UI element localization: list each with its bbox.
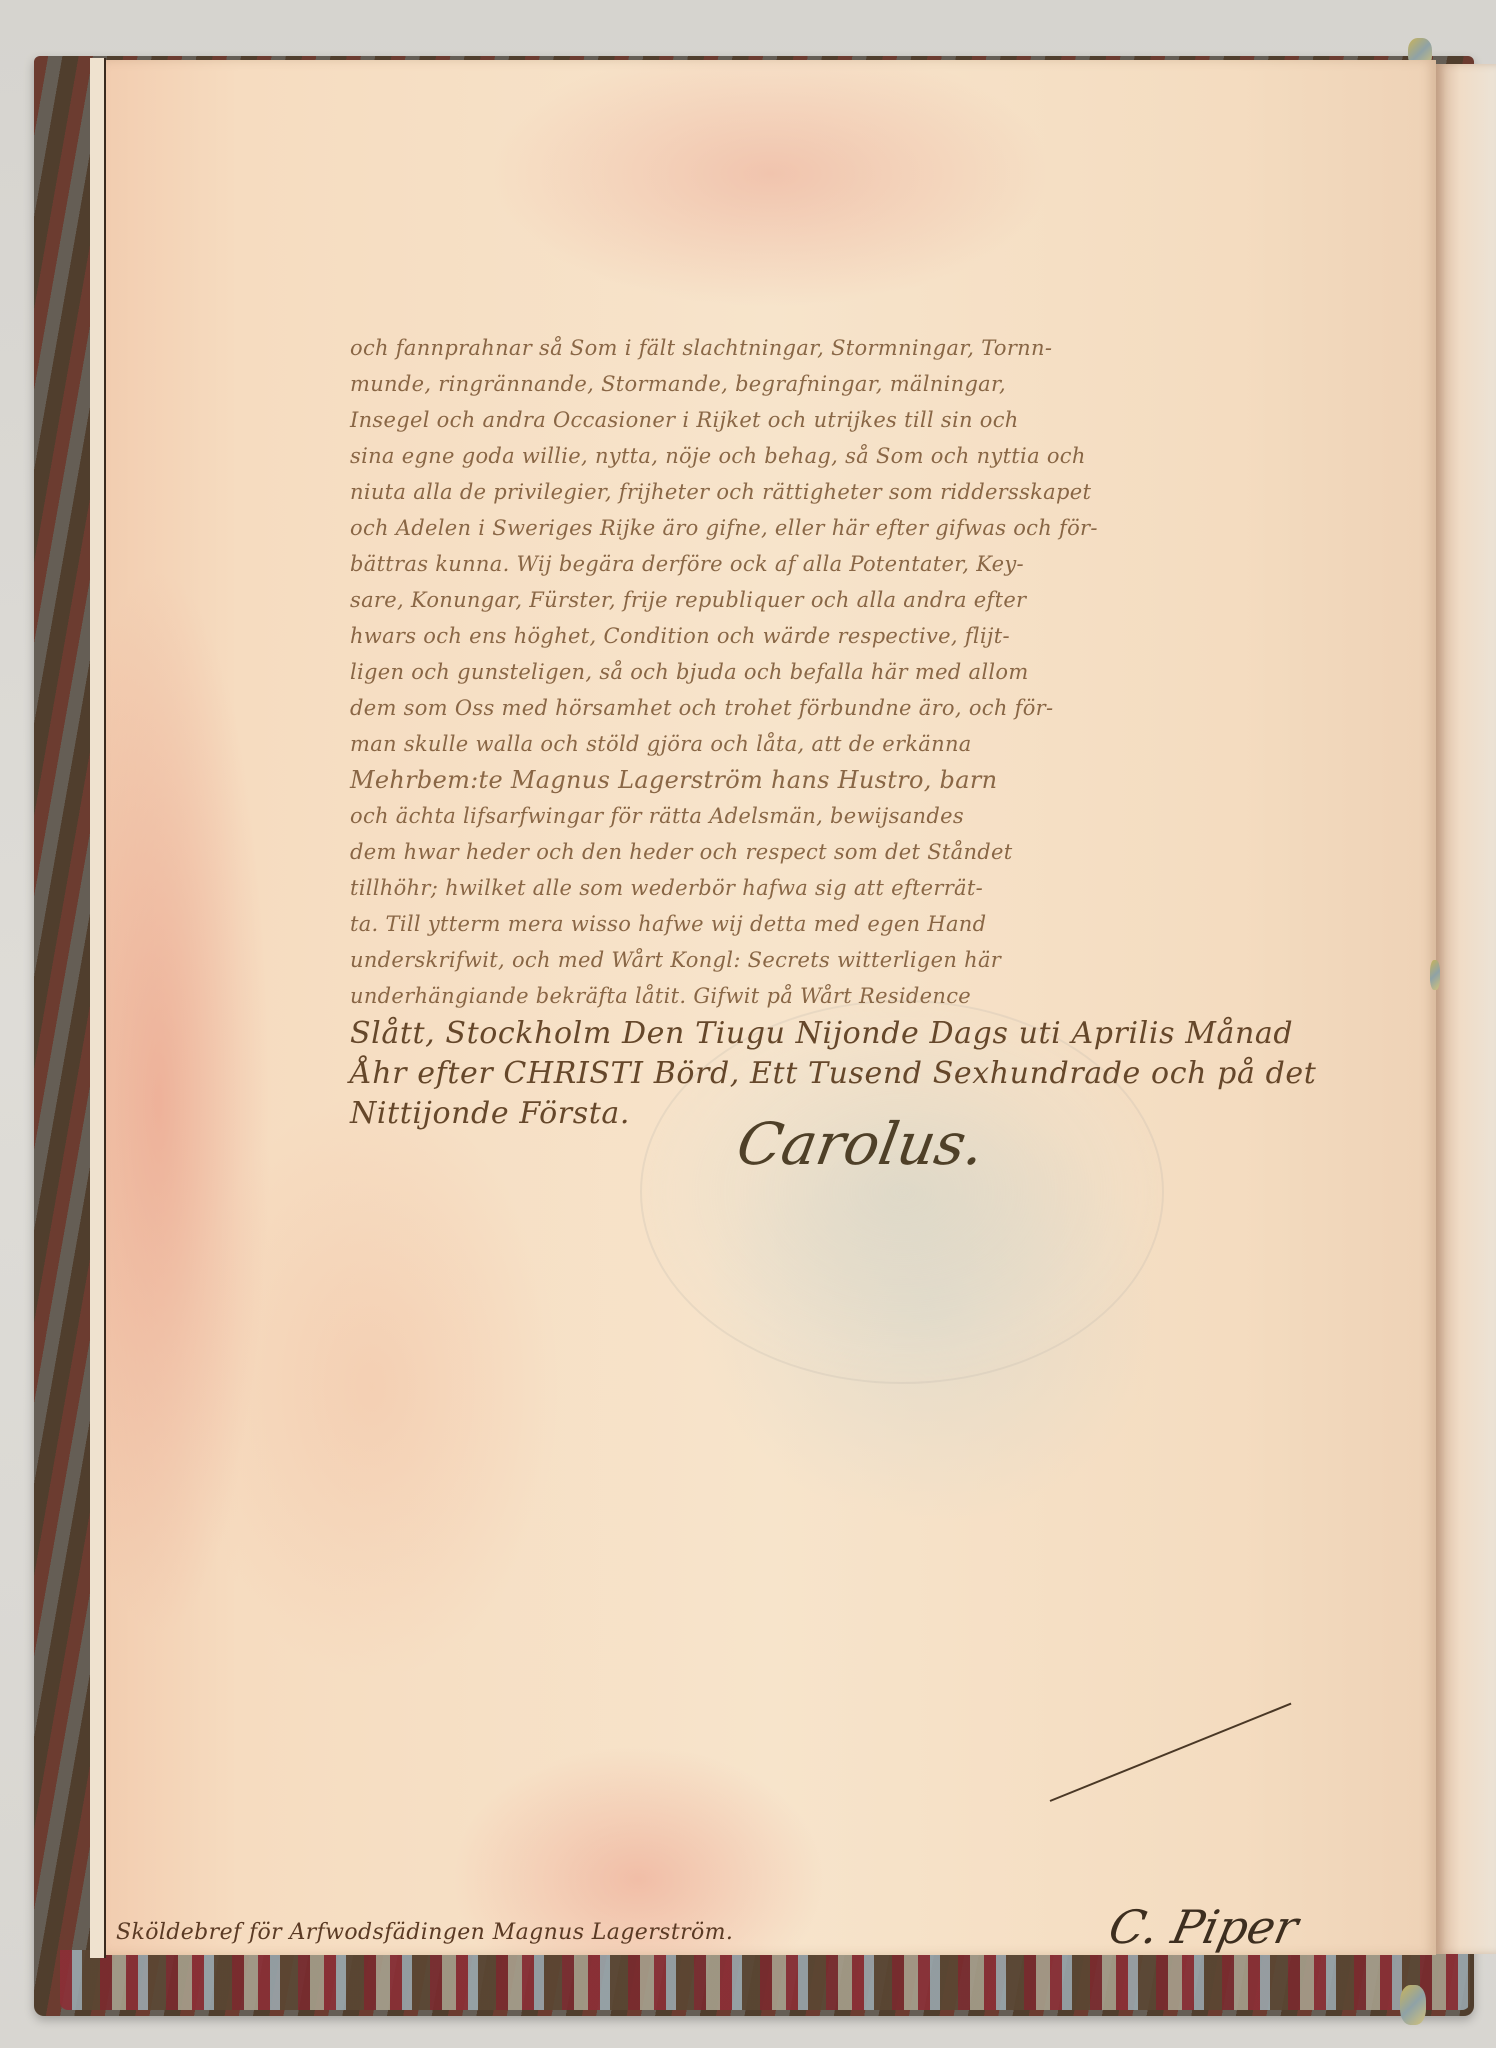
ribbon-tie-icon [1400,1985,1426,2025]
document-scan: och fannprahnar så Som i fält slachtning… [0,0,1496,2048]
text-line-dating: Åhr efter CHRISTI Börd, Ett Tusend Sexhu… [350,1054,1330,1094]
royal-signature: Carolus. [732,1110,990,1178]
text-line-dating: Slått, Stockholm Den Tiugu Nijonde Dags … [350,1014,1330,1054]
text-line: underhängiande bekräfta låtit. Gifwit på… [350,978,1330,1014]
text-line: och ächta lifsarfwingar för rätta Adelsm… [350,798,1330,834]
text-line: hwars och ens höghet, Condition och wärd… [350,618,1330,654]
text-line: niuta alla de privilegier, frijheter och… [350,474,1330,510]
text-line: Insegel och andra Occasioner i Rijket oc… [350,402,1330,438]
text-line: och fannprahnar så Som i fält slachtning… [350,330,1330,366]
marbled-cover-edge [60,1950,1470,2010]
letter-body: och fannprahnar så Som i fält slachtning… [350,330,1330,1134]
text-line: tillhöhr; hwilket alle som wederbör hafw… [350,870,1330,906]
facing-page [1436,64,1496,1954]
text-line-grantee: Mehrbem:te Magnus Lagerström hans Hustro… [350,762,1330,798]
text-line: bättras kunna. Wij begära derföre ock af… [350,546,1330,582]
ribbon-tie-icon [1430,960,1440,990]
text-line: dem som Oss med hörsamhet och trohet för… [350,690,1330,726]
flyleaf-edge [90,58,106,1958]
text-line: underskrifwit, och med Wårt Kongl: Secre… [350,942,1330,978]
text-line: dem hwar heder och den heder och respect… [350,834,1330,870]
text-line: och Adelen i Sweriges Rijke äro gifne, e… [350,510,1330,546]
text-line: sina egne goda willie, nytta, nöje och b… [350,438,1330,474]
text-line: ta. Till ytterm mera wisso hafwe wij det… [350,906,1330,942]
text-line: ligen och gunsteligen, så och bjuda och … [350,654,1330,690]
text-line: munde, ringrännande, Stormande, begrafni… [350,366,1330,402]
countersignature: C. Piper [1104,1900,1303,1954]
text-line: sare, Konungar, Fürster, frije republiqu… [350,582,1330,618]
footer-caption: Sköldebref för Arfwodsfädingen Magnus La… [116,1920,733,1945]
text-line: man skulle walla och stöld gjöra och låt… [350,726,1330,762]
